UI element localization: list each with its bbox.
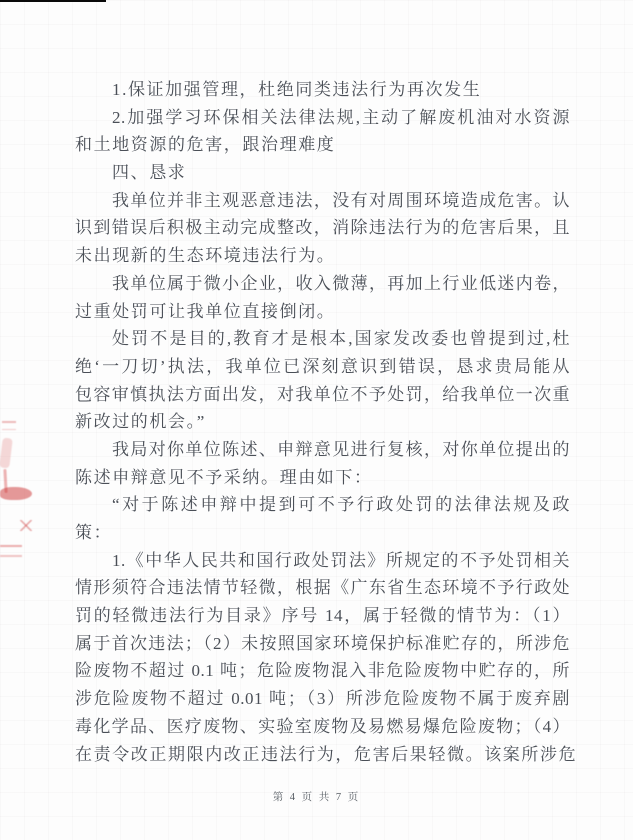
text-line: 1.《中华人民共和国行政处罚法》所规定的不予处罚相关 xyxy=(75,547,570,575)
text-line: 新改过的机会。” xyxy=(75,408,570,436)
text-line: 毒化学品、医疗废物、实验室废物及易燃易爆危险废物；（4） xyxy=(75,713,570,741)
text-line: 2.加强学习环保相关法律法规,主动了解废机油对水资源 xyxy=(75,104,570,132)
page-number: 第 4 页 共 7 页 xyxy=(0,789,633,804)
scan-artifact-top-strip xyxy=(0,0,106,2)
text-line: 过重处罚可让我单位直接倒闭。 xyxy=(75,298,570,326)
text-line: 识到错误后积极主动完成整改，消除违法行为的危害后果，且 xyxy=(75,214,570,242)
text-line: 属于首次违法；（2）未按照国家环境保护标准贮存的，所涉危 xyxy=(75,630,570,658)
text-line: 在责令改正期限内改正违法行为，危害后果轻微。该案所涉危 xyxy=(75,741,570,769)
red-ink-mark xyxy=(20,520,32,531)
text-line: 绝‘一刀切’执法，我单位已深刻意识到错误，恳求贵局能从 xyxy=(75,353,570,381)
document-body: 1.保证加强管理，杜绝同类违法行为再次发生2.加强学习环保相关法律法规,主动了解… xyxy=(75,76,570,768)
text-line: 罚的轻微违法行为目录》序号 14，属于轻微的情节为：（1） xyxy=(75,602,570,630)
text-line: 险废物不超过 0.1 吨；危险废物混入非危险废物中贮存的，所 xyxy=(75,657,570,685)
red-ink-mark xyxy=(0,545,22,557)
text-line: 包容审慎执法方面出发，对我单位不予处罚，给我单位一次重 xyxy=(75,381,570,409)
text-line: 和土地资源的危害，跟治理难度 xyxy=(75,131,570,159)
red-ink-mark xyxy=(0,487,32,500)
text-line: 策： xyxy=(75,519,570,547)
text-line: 我局对你单位陈述、申辩意见进行复核，对你单位提出的 xyxy=(75,436,570,464)
text-line: 我单位并非主观恶意违法，没有对周围环境造成危害。认 xyxy=(75,187,570,215)
red-ink-mark xyxy=(3,469,7,493)
text-line: 情形须符合违法情节轻微，根据《广东省生态环境不予行政处 xyxy=(75,574,570,602)
scanned-document-page: 1.保证加强管理，杜绝同类违法行为再次发生2.加强学习环保相关法律法规,主动了解… xyxy=(0,0,633,840)
red-ink-mark xyxy=(0,438,13,469)
red-ink-mark xyxy=(2,421,16,430)
text-line: 1.保证加强管理，杜绝同类违法行为再次发生 xyxy=(75,76,570,104)
text-line: 四、恳求 xyxy=(75,159,570,187)
text-line: 我单位属于微小企业，收入微薄，再加上行业低迷内卷， xyxy=(75,270,570,298)
text-line: “对于陈述申辩中提到可不予行政处罚的法律法规及政 xyxy=(75,491,570,519)
text-line: 未出现新的生态环境违法行为。 xyxy=(75,242,570,270)
text-line: 涉危险废物不超过 0.01 吨；（3）所涉危险废物不属于废弃剧 xyxy=(75,685,570,713)
text-line: 处罚不是目的,教育才是根本,国家发改委也曾提到过,杜 xyxy=(75,325,570,353)
text-line: 陈述申辩意见不予采纳。理由如下： xyxy=(75,464,570,492)
